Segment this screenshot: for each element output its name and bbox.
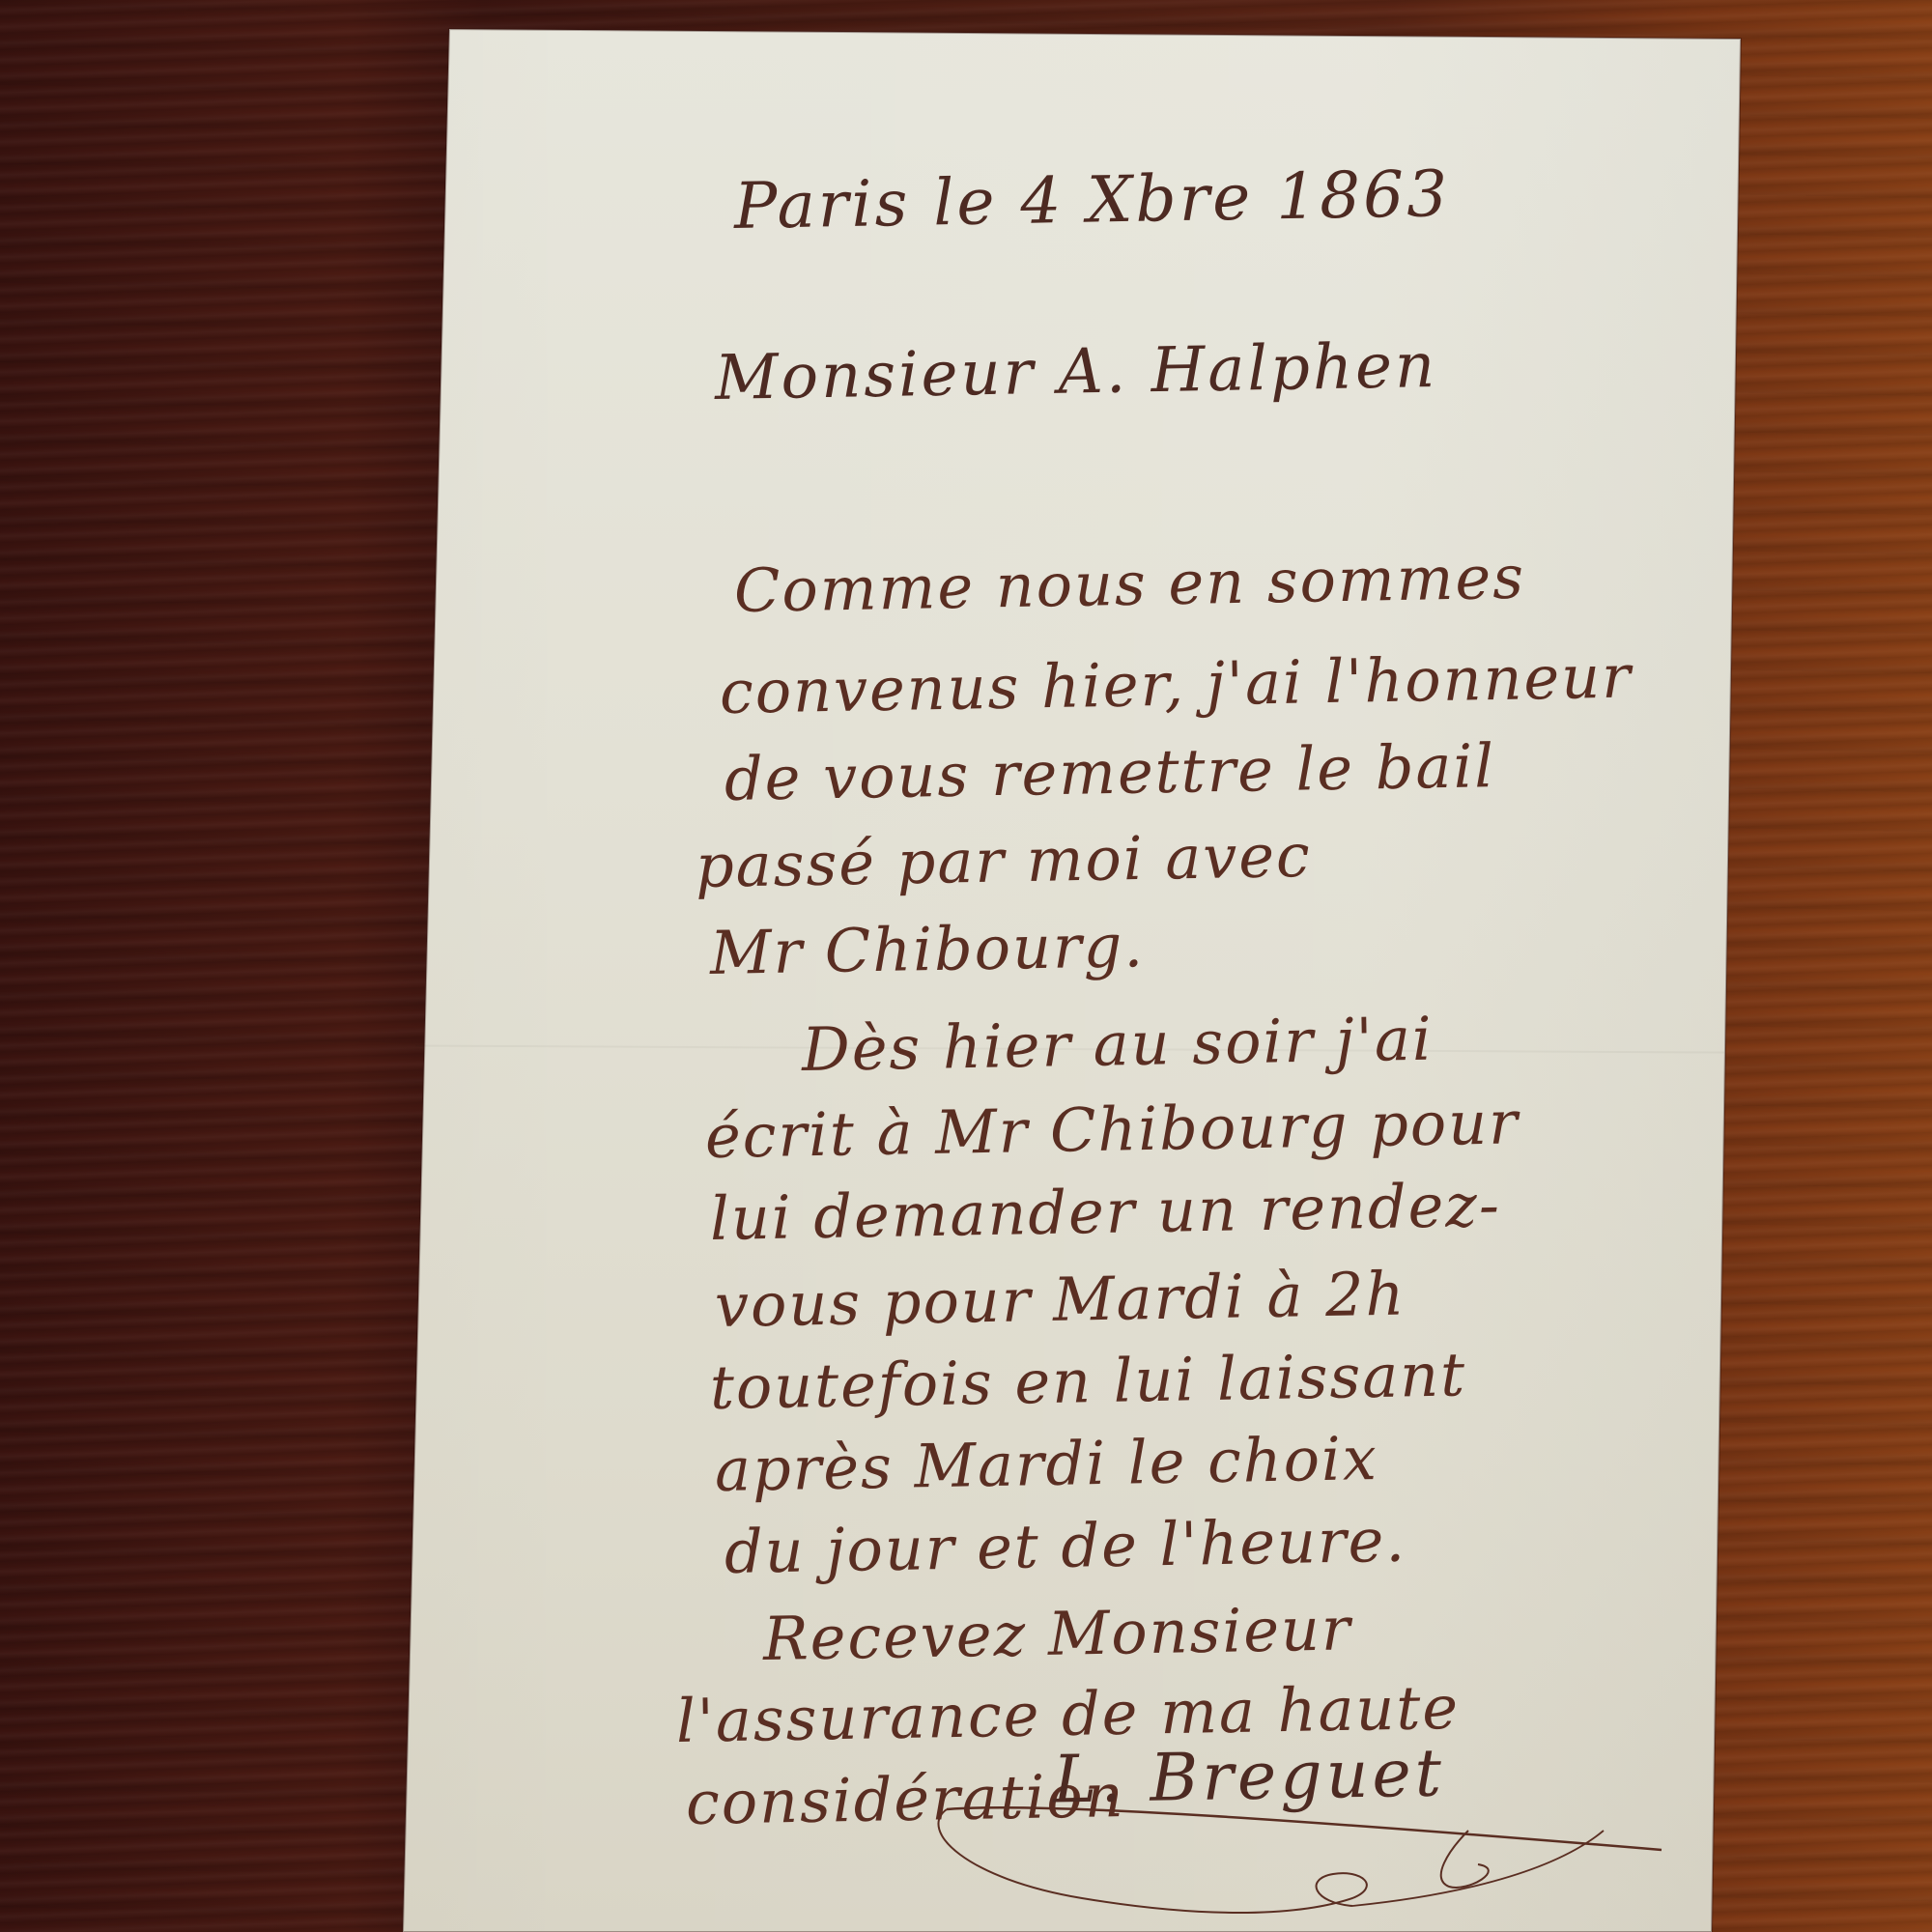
- body-line: vous pour Mardi à 2h: [714, 1259, 1406, 1341]
- addressee-line: Monsieur A. Halphen: [714, 330, 1437, 414]
- body-line: Mr Chibourg.: [709, 910, 1145, 988]
- body-line: après Mardi le choix: [714, 1423, 1378, 1505]
- handwritten-letter: Paris le 4 Xbre 1863 Monsieur A. Halphen…: [0, 0, 1932, 1932]
- body-line: convenus hier, j'ai l'honneur: [719, 641, 1633, 727]
- body-line: lui demander un rendez-: [709, 1170, 1501, 1254]
- body-line: Comme nous en sommes: [733, 542, 1525, 626]
- body-line: Dès hier au soir j'ai: [801, 1004, 1434, 1085]
- closing-line: Recevez Monsieur: [762, 1593, 1352, 1674]
- body-line: passé par moi avec: [695, 820, 1312, 901]
- signature-flourish-icon: [927, 1773, 1681, 1932]
- body-line: écrit à Mr Chibourg pour: [704, 1087, 1520, 1172]
- body-line: toutefois en lui laissant: [709, 1339, 1466, 1423]
- body-line: du jour et de l'heure.: [724, 1505, 1406, 1587]
- body-line: de vous remettre le bail: [724, 730, 1495, 814]
- date-line: Paris le 4 Xbre 1863: [733, 156, 1450, 243]
